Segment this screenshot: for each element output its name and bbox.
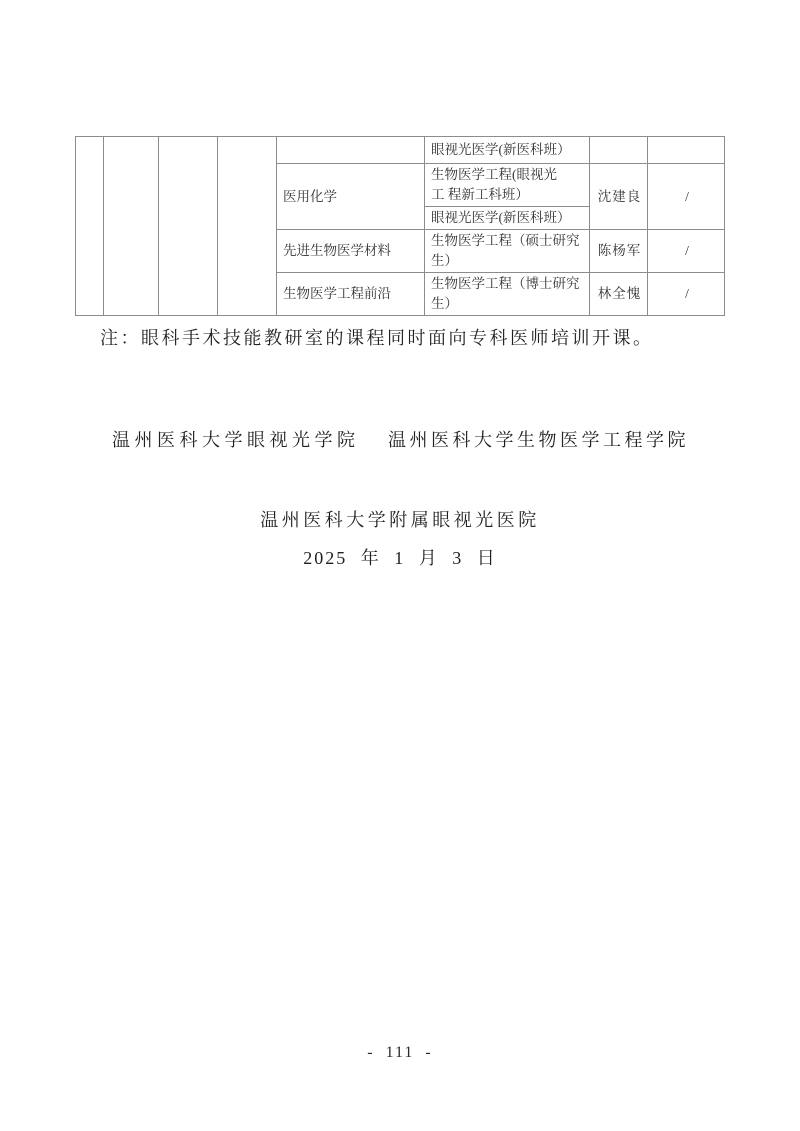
teacher-name: 林全愧 xyxy=(598,286,642,301)
course-cell-continued xyxy=(277,137,425,164)
empty-column-4 xyxy=(218,137,277,316)
course-cell: 生物医学工程前沿 xyxy=(277,273,425,316)
program-text-line1: 生物医学工程（硕士研究 xyxy=(431,231,585,251)
program-text-line1: 生物医学工程（博士研究 xyxy=(431,274,585,294)
program-text-line2: 生） xyxy=(431,294,585,314)
signature-affiliated-hospital: 温州医科大学附属眼视光医院 xyxy=(0,506,800,532)
program-text: 眼视光医学(新医科班） xyxy=(431,142,571,157)
document-page: 眼视光医学(新医科班） 医用化学 生物医学工程(眼视光 工 程新工科班） 沈建良… xyxy=(0,0,800,1131)
footnote-text: 注：眼科手术技能教研室的课程同时面向专科医师培训开课。 xyxy=(100,324,654,350)
course-schedule-continuation-table: 眼视光医学(新医科班） 医用化学 生物医学工程(眼视光 工 程新工科班） 沈建良… xyxy=(75,136,725,316)
program-text-line2: 工 程新工科班） xyxy=(431,185,585,205)
signature-school-biomedical-engineering: 温州医科大学生物医学工程学院 xyxy=(388,426,689,452)
course-text: 先进生物医学材料 xyxy=(283,243,391,258)
signature-school-optometry: 温州医科大学眼视光学院 xyxy=(112,426,360,452)
course-cell: 医用化学 xyxy=(277,164,425,230)
course-text: 医用化学 xyxy=(283,189,337,204)
teacher-cell: 陈杨军 xyxy=(590,230,648,273)
document-date: 2025 年 1 月 3 日 xyxy=(0,544,800,570)
program-text-line2: 生） xyxy=(431,251,585,271)
hours-cell: / xyxy=(648,273,725,316)
course-text: 生物医学工程前沿 xyxy=(283,286,391,301)
hours-value: / xyxy=(685,189,689,204)
hours-value: / xyxy=(685,243,689,258)
empty-column-1 xyxy=(76,137,104,316)
empty-column-3 xyxy=(159,137,218,316)
program-cell: 生物医学工程（博士研究 生） xyxy=(425,273,590,316)
teacher-name: 沈建良 xyxy=(598,189,642,204)
hours-cell: / xyxy=(648,230,725,273)
hours-value: / xyxy=(685,286,689,301)
program-cell: 眼视光医学(新医科班） xyxy=(425,137,590,164)
program-text-line1: 生物医学工程(眼视光 xyxy=(431,165,585,185)
page-number: - 111 - xyxy=(0,1044,800,1062)
hours-cell: / xyxy=(648,164,725,230)
hours-cell-continued xyxy=(648,137,725,164)
teacher-cell: 沈建良 xyxy=(590,164,648,230)
teacher-name: 陈杨军 xyxy=(598,243,642,258)
teacher-cell-continued xyxy=(590,137,648,164)
teacher-cell: 林全愧 xyxy=(590,273,648,316)
empty-column-2 xyxy=(104,137,159,316)
course-cell: 先进生物医学材料 xyxy=(277,230,425,273)
program-cell: 生物医学工程（硕士研究 生） xyxy=(425,230,590,273)
program-text: 眼视光医学(新医科班） xyxy=(431,210,571,225)
program-cell: 生物医学工程(眼视光 工 程新工科班） xyxy=(425,164,590,207)
program-cell: 眼视光医学(新医科班） xyxy=(425,207,590,230)
